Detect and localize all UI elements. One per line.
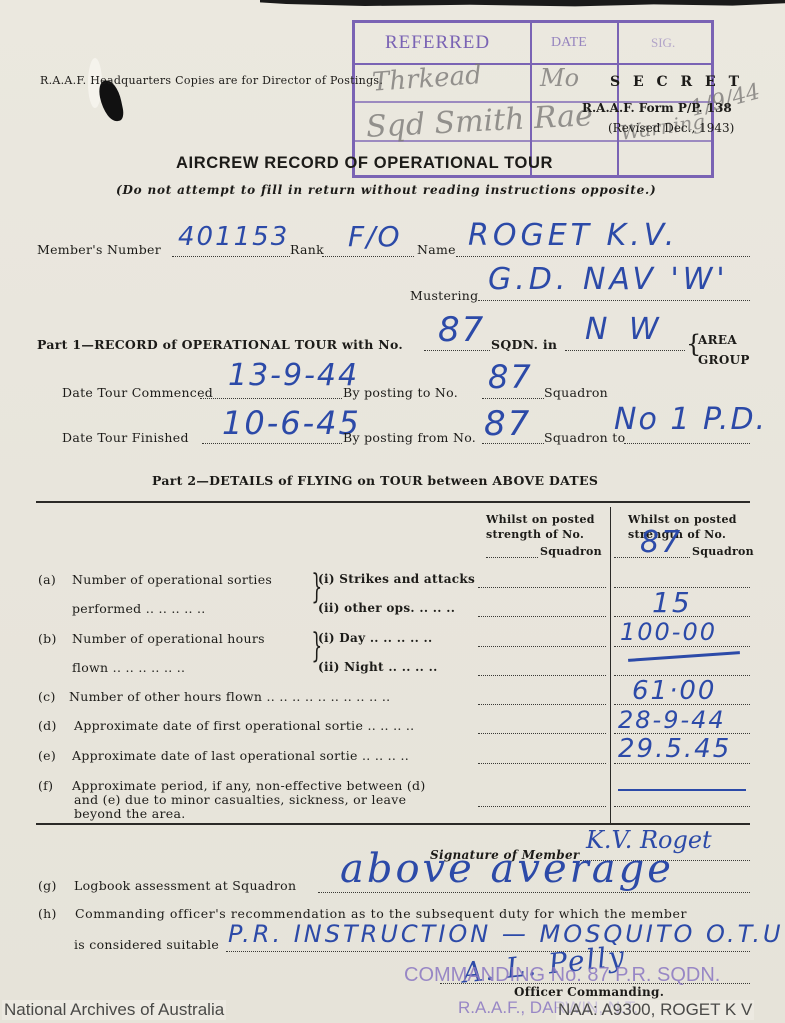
- row-b-label2: flown .. .. .. .. .. ..: [72, 660, 185, 675]
- name-value: ROGET K.V.: [468, 218, 678, 253]
- col1-header-1: Whilst on posted: [486, 513, 595, 526]
- posting-to-field[interactable]: [482, 398, 544, 399]
- part2-top-rule: [36, 501, 750, 503]
- col1-header-3: Squadron: [540, 545, 602, 558]
- finished-field[interactable]: [202, 443, 342, 444]
- row-b-col1-field1[interactable]: [478, 646, 606, 647]
- form-page: REFERRED DATE SIG. Thrkead Mo Sqd Smith …: [0, 0, 785, 1023]
- row-a-label1: Number of operational sorties: [72, 572, 272, 587]
- form-title: AIRCREW RECORD OF OPERATIONAL TOUR: [176, 154, 553, 173]
- squadron-to-value: No 1 P.D.: [614, 402, 767, 437]
- row-b-sub1: (i) Day .. .. .. .. ..: [318, 631, 433, 645]
- archive-reference: NAA: A9300, ROGET K V: [556, 1000, 754, 1020]
- stamp-header-date: DATE: [551, 35, 587, 51]
- rank-value: F/O: [348, 220, 402, 253]
- row-d-col2-value: 28-9-44: [618, 706, 726, 734]
- row-d-label: Approximate date of first operational so…: [74, 718, 414, 733]
- part2-column-divider: [610, 507, 611, 825]
- posting-from-value: 87: [484, 404, 531, 444]
- copies-note: R.A.A.F. Headquarters Copies are for Dir…: [40, 74, 383, 87]
- archive-credit: National Archives of Australia: [2, 1000, 226, 1020]
- row-b-label1: Number of operational hours: [72, 631, 265, 646]
- recommendation-letter: (h): [38, 906, 57, 921]
- classification: S E C R E T: [610, 74, 743, 90]
- row-b-col1-field2[interactable]: [478, 675, 606, 676]
- member-number-label: Member's Number: [37, 242, 161, 257]
- row-f-label-1: Approximate period, if any, non-effectiv…: [72, 778, 426, 793]
- recommendation-value: P.R. INSTRUCTION — MOSQUITO O.T.U.: [228, 920, 785, 948]
- member-number-field[interactable]: [172, 256, 290, 257]
- part1-area-value: N W: [585, 312, 665, 347]
- part1-sqdn-in-label: SQDN. in: [491, 337, 557, 352]
- row-f-col1-field[interactable]: [478, 806, 606, 807]
- logbook-letter: (g): [38, 878, 57, 893]
- commenced-label: Date Tour Commenced: [62, 385, 213, 400]
- mustering-label: Mustering: [410, 288, 478, 303]
- recommendation-label-1: Commanding officer's recommendation as t…: [75, 906, 687, 921]
- name-field[interactable]: [456, 256, 750, 257]
- posting-to-value: 87: [488, 358, 533, 396]
- row-e-letter: (e): [38, 748, 56, 763]
- row-b-col2-field1[interactable]: [614, 646, 750, 647]
- posting-from-label: By posting from No.: [343, 430, 476, 445]
- row-f-col2-field[interactable]: [614, 806, 750, 807]
- commenced-value: 13-9-44: [228, 358, 359, 393]
- row-a-col2-value2: 15: [652, 586, 692, 619]
- mustering-field[interactable]: [478, 300, 750, 301]
- pencil-entry-2: Mo: [540, 64, 579, 92]
- torn-edge: [260, 0, 785, 8]
- logbook-label: Logbook assessment at Squadron: [74, 878, 296, 893]
- officer-commanding-label: Officer Commanding.: [514, 985, 664, 999]
- row-b-letter: (b): [38, 631, 57, 646]
- row-c-label: Number of other hours flown .. .. .. .. …: [69, 689, 390, 704]
- commenced-field[interactable]: [200, 398, 342, 399]
- row-e-col1-field[interactable]: [478, 763, 606, 764]
- row-f-label-2: and (e) due to minor casualties, sicknes…: [74, 792, 406, 807]
- col2-header-3: Squadron: [692, 545, 754, 558]
- part2-bottom-rule: [36, 823, 750, 825]
- row-f-letter: (f): [38, 778, 53, 793]
- group-label: GROUP: [698, 353, 750, 367]
- row-f-label-3: beyond the area.: [74, 806, 186, 821]
- area-label: AREA: [698, 333, 737, 347]
- command-stamp-line1: COMMANDING No. 87 P.R. SQDN.: [404, 964, 720, 987]
- part1-area-field[interactable]: [565, 350, 685, 351]
- col1-header-2: strength of No.: [486, 528, 584, 541]
- row-b-sub2: (ii) Night .. .. .. ..: [318, 660, 438, 674]
- stamp-header-referred: REFERRED: [385, 32, 490, 54]
- posting-to-label: By posting to No.: [343, 385, 458, 400]
- row-c-letter: (c): [38, 689, 56, 704]
- posting-to-squadron-label: Squadron: [544, 385, 608, 400]
- part1-heading: Part 1—RECORD of OPERATIONAL TOUR with N…: [37, 337, 403, 352]
- row-a-col1-field1[interactable]: [478, 587, 606, 588]
- finished-label: Date Tour Finished: [62, 430, 189, 445]
- row-c-col2-value: 61·00: [632, 676, 716, 706]
- part1-sqdn-field[interactable]: [424, 350, 490, 351]
- rank-field[interactable]: [322, 256, 414, 257]
- stamp-header-sig: SIG.: [651, 35, 675, 51]
- row-a-label2: performed .. .. .. .. ..: [72, 601, 206, 616]
- rank-label: Rank: [290, 242, 324, 257]
- recommendation-field[interactable]: [226, 951, 750, 952]
- part1-sqdn-value: 87: [438, 310, 485, 350]
- form-subtitle: (Do not attempt to fill in return withou…: [116, 183, 657, 197]
- part2-heading: Part 2—DETAILS of FLYING on TOUR between…: [152, 473, 598, 488]
- recommendation-label-2: is considered suitable: [74, 937, 219, 952]
- row-f-col2-dash: [618, 789, 746, 791]
- row-a-sub1: (i) Strikes and attacks: [318, 572, 475, 586]
- row-c-col1-field[interactable]: [478, 704, 606, 705]
- row-e-label: Approximate date of last operational sor…: [72, 748, 409, 763]
- logbook-field[interactable]: [318, 892, 750, 893]
- col1-squadron-field[interactable]: [486, 557, 538, 558]
- name-label: Name: [417, 242, 456, 257]
- row-d-letter: (d): [38, 718, 57, 733]
- row-a-sub2: (ii) other ops. .. .. ..: [318, 601, 455, 615]
- form-number: R.A.A.F. Form P/P. 138: [582, 101, 732, 115]
- logbook-value: above average: [340, 846, 674, 892]
- finished-value: 10-6-45: [222, 404, 361, 442]
- row-e-col2-value: 29.5.45: [618, 734, 731, 764]
- row-a-letter: (a): [38, 572, 56, 587]
- row-b-col2-value1: 100-00: [620, 618, 717, 646]
- squadron-to-field[interactable]: [624, 443, 750, 444]
- row-a-col1-field2[interactable]: [478, 616, 606, 617]
- col2-squadron-value: 87: [640, 525, 682, 560]
- member-number-value: 401153: [178, 222, 289, 252]
- row-b-night-strike: [628, 651, 740, 662]
- mustering-value: G.D. NAV 'W': [488, 262, 729, 297]
- row-d-col1-field[interactable]: [478, 733, 606, 734]
- form-revised: (Revised Dec., 1943): [608, 121, 734, 135]
